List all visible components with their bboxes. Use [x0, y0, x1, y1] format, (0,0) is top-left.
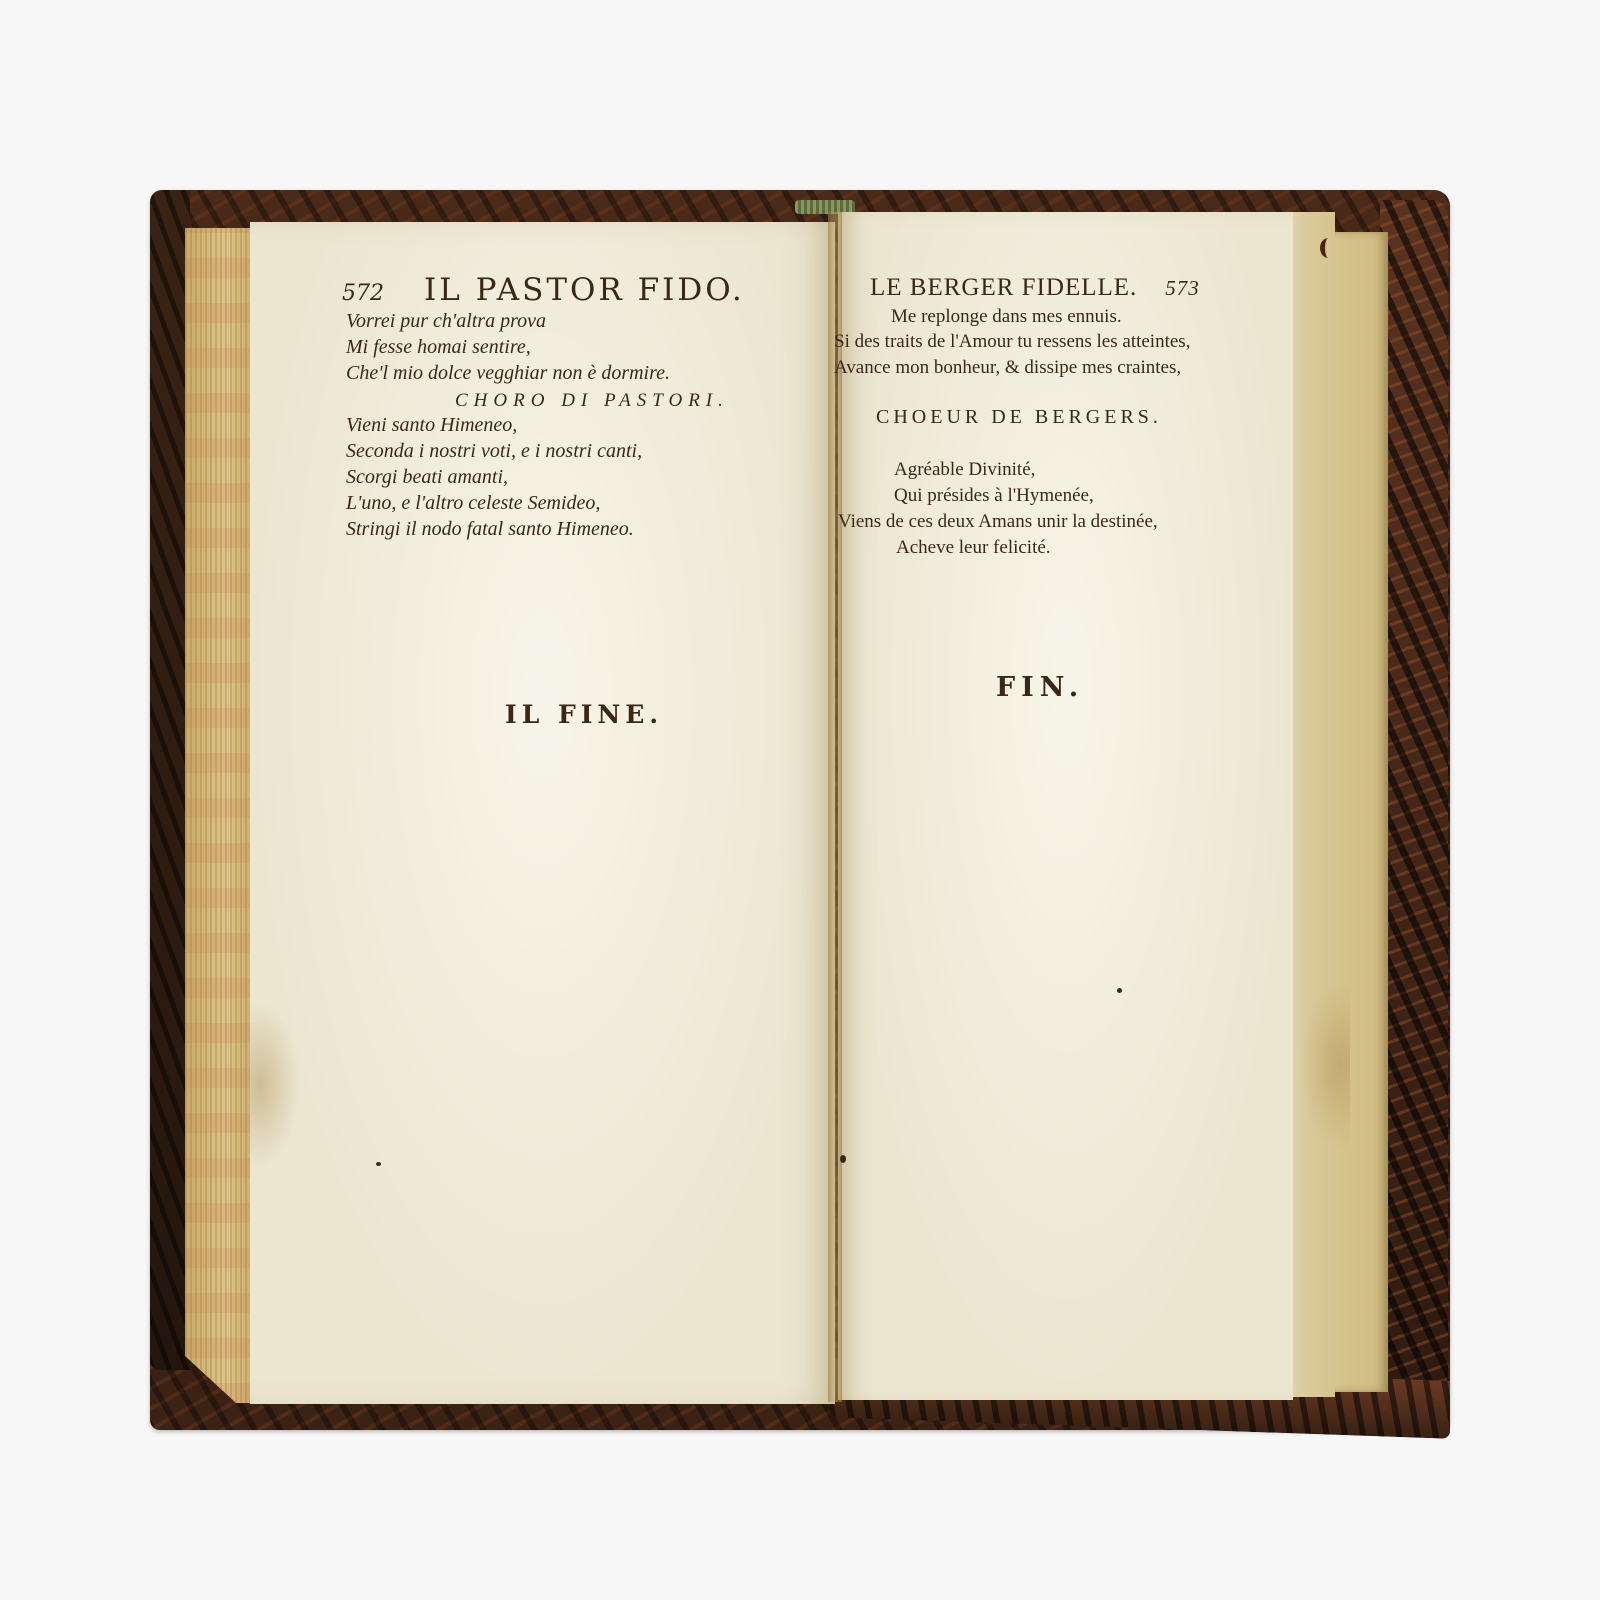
- right-chorus-line: Qui présides à l'Hymenée,: [894, 485, 1094, 507]
- right-verse-line: Me replonge dans mes ennuis.: [891, 306, 1122, 328]
- right-chorus-line: Viens de ces deux Amans unir la destinée…: [838, 511, 1158, 533]
- left-ending: IL FINE.: [505, 700, 663, 729]
- right-running-head: LE BERGER FIDELLE.573: [870, 274, 1200, 302]
- paper-speck: [376, 1162, 381, 1166]
- left-chorus-line: Vieni santo Himeneo,: [346, 414, 517, 437]
- cover-right-edge: [1380, 200, 1448, 1425]
- right-title: LE BERGER FIDELLE.: [870, 274, 1137, 301]
- right-verse-line: Avance mon bonheur, & dissipe mes craint…: [834, 357, 1181, 379]
- right-ending: FIN.: [996, 672, 1084, 703]
- right-chorus-heading: CHOEUR DE BERGERS.: [876, 406, 1162, 429]
- right-chorus-line: Acheve leur felicité.: [896, 537, 1051, 559]
- book-gutter: [828, 212, 842, 1402]
- left-verse-line: Vorrei pur ch'altra prova: [346, 310, 546, 333]
- left-page-number: 572: [342, 281, 384, 306]
- cover-left-edge: [150, 190, 190, 1370]
- left-chorus-heading: CHORO DI PASTORI.: [455, 390, 729, 412]
- paper-speck: [1117, 988, 1122, 993]
- left-title: IL PASTOR FIDO.: [424, 272, 745, 308]
- left-chorus-line: Seconda i nostri voti, e i nostri canti,: [346, 440, 642, 463]
- left-chorus-line: Scorgi beati amanti,: [346, 466, 508, 489]
- left-verse-line: Che'l mio dolce vegghiar non è dormire.: [346, 362, 670, 385]
- left-chorus-line: Stringi il nodo fatal santo Himeneo.: [346, 518, 634, 541]
- left-running-head: 572IL PASTOR FIDO.: [342, 272, 745, 308]
- right-page-number: 573: [1165, 276, 1200, 300]
- water-stain-right: [1300, 980, 1350, 1150]
- right-chorus-line: Agréable Divinité,: [894, 459, 1035, 481]
- page-block-right: [1330, 232, 1388, 1392]
- paper-speck: [840, 1155, 846, 1163]
- right-verse-line: Si des traits de l'Amour tu ressens les …: [834, 331, 1190, 353]
- left-verse-line: Mi fesse homai sentire,: [346, 336, 531, 359]
- paper-mark: [1320, 238, 1337, 258]
- right-page: [838, 212, 1293, 1400]
- page-block-edges: [185, 228, 253, 1403]
- water-stain-left: [250, 1000, 300, 1170]
- photo-scene: 572IL PASTOR FIDO. Vorrei pur ch'altra p…: [0, 0, 1600, 1600]
- left-chorus-line: L'uno, e l'altro celeste Semideo,: [346, 492, 600, 515]
